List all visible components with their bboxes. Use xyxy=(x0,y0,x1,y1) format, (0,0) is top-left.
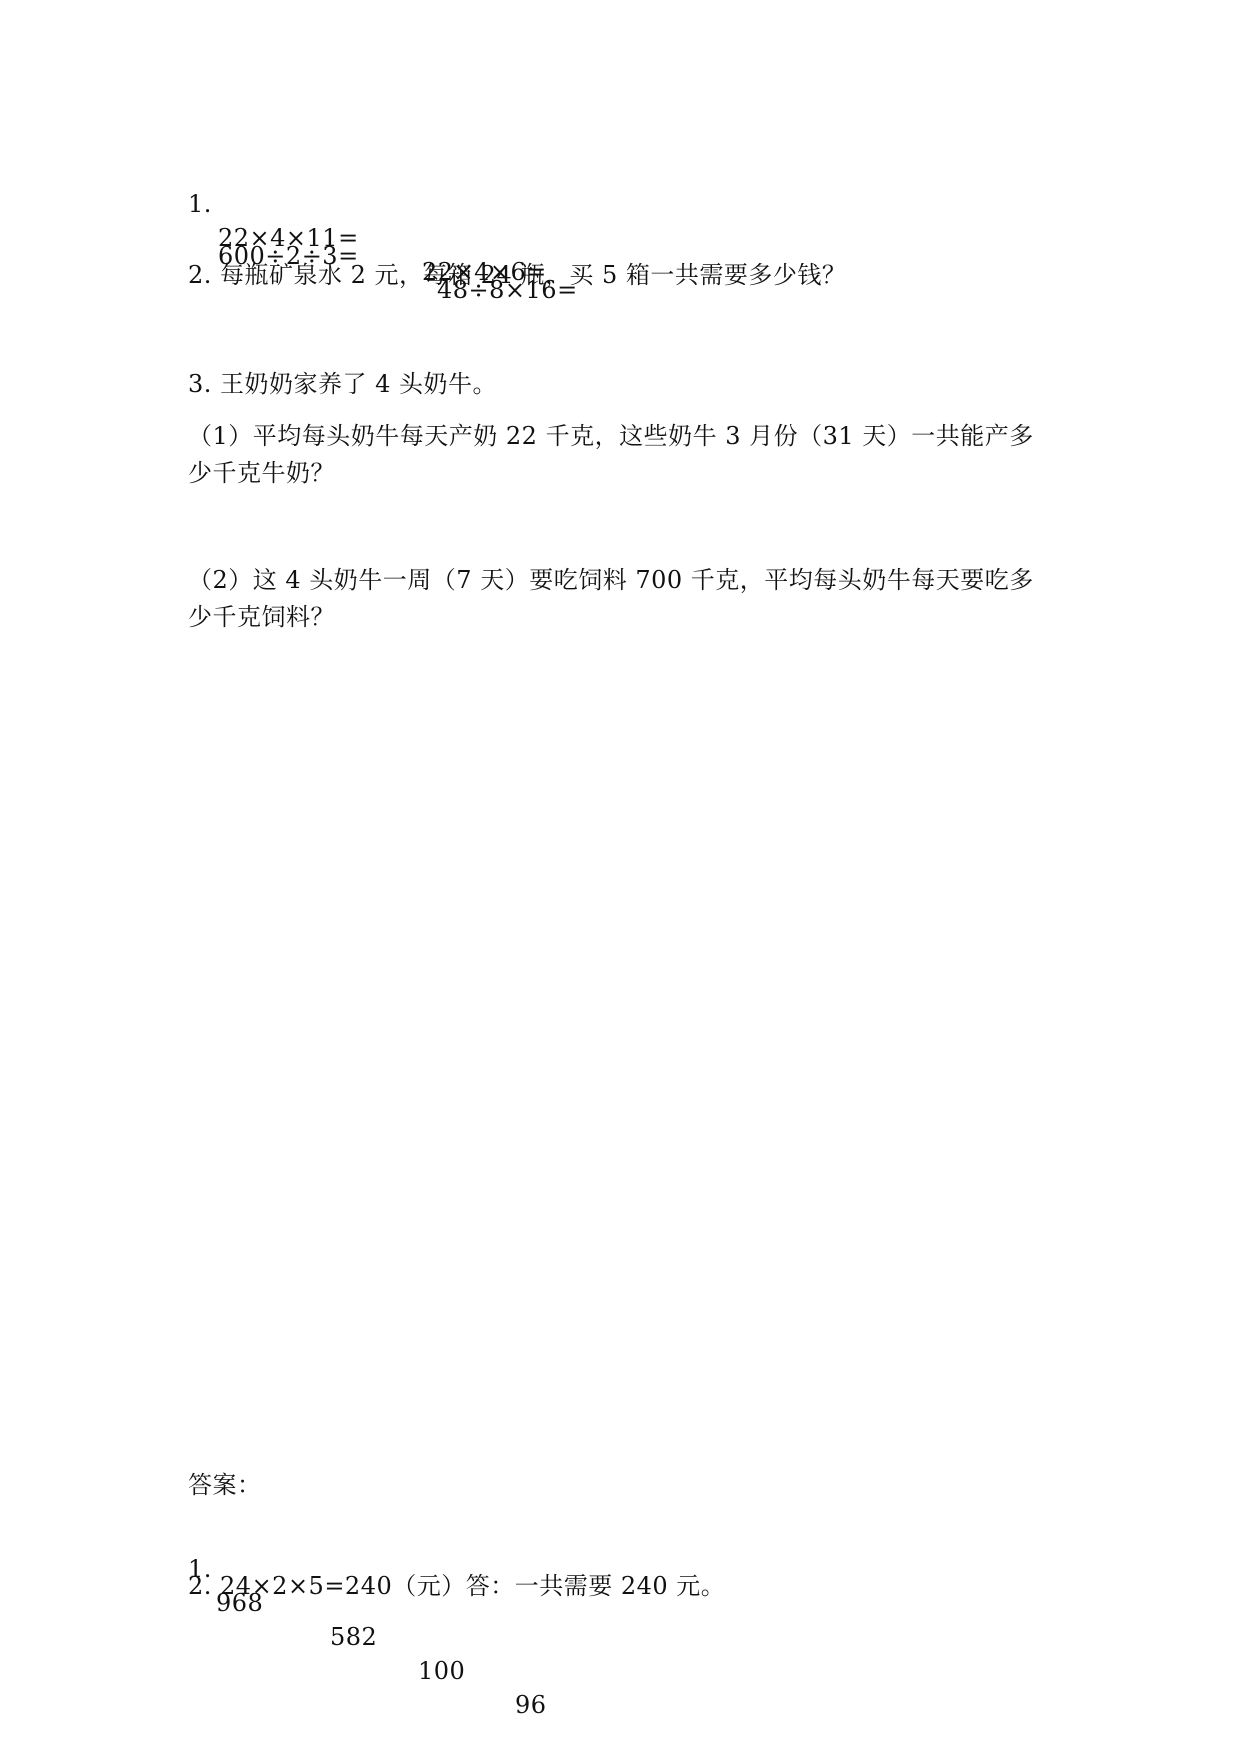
answer-1-value-4: 96 xyxy=(515,1688,547,1722)
answers-title: 答案： xyxy=(188,1468,262,1502)
question-3-part-2: （2）这 4 头奶牛一周（7 天）要吃饲料 700 千克，平均每头奶牛每天要吃多… xyxy=(188,562,1048,636)
answer-1: 1. 968 582 100 96 xyxy=(188,1518,221,1754)
answer-1-value-3: 100 xyxy=(418,1654,465,1688)
question-2: 2. 每瓶矿泉水 2 元，每箱 24 瓶，买 5 箱一共需要多少钱？ xyxy=(188,258,846,292)
question-3-part-1: （1）平均每头奶牛每天产奶 22 千克，这些奶牛 3 月份（31 天）一共能产多… xyxy=(188,418,1048,492)
answer-1-value-2: 582 xyxy=(330,1620,377,1654)
question-3: 3. 王奶奶家养了 4 头奶牛。 xyxy=(188,367,497,401)
answer-2: 2. 24×2×5=240（元）答：一共需要 240 元。 xyxy=(188,1569,725,1603)
